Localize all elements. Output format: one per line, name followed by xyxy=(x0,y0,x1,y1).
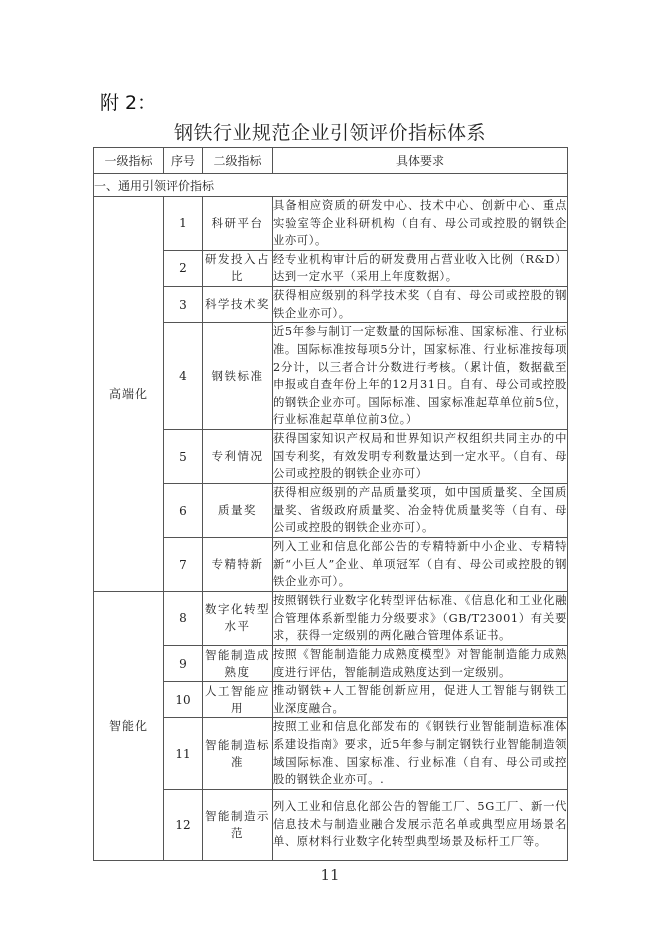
requirement-text: 近5年参与制订一定数量的国际标准、国家标准、行业标准。国际标准按每项5分计，国家… xyxy=(273,323,568,430)
level2-indicator: 钢铁标准 xyxy=(203,323,273,430)
table-row: 2 研发投入占比 经专业机构审计后的研发费用占营业收入比例（R&D）达到一定水平… xyxy=(94,250,568,286)
page-number: 11 xyxy=(0,866,660,884)
row-number: 7 xyxy=(164,538,203,592)
level1-high-end: 高端化 xyxy=(94,197,164,592)
table-row: 11 智能制造标准 按照工业和信息化部发布的《钢铁行业智能制造标准体系建设指南》… xyxy=(94,718,568,789)
table-row: 12 智能制造示范 列入工业和信息化部公告的智能工厂、5G工厂、新一代信息技术与… xyxy=(94,789,568,860)
level2-indicator: 专利情况 xyxy=(203,430,273,484)
header-number: 序号 xyxy=(164,148,203,174)
requirement-text: 按照工业和信息化部发布的《钢铁行业智能制造标准体系建设指南》要求，近5年参与制定… xyxy=(273,718,568,789)
row-number: 3 xyxy=(164,286,203,322)
document-title: 钢铁行业规范企业引领评价指标体系 xyxy=(0,118,660,145)
requirement-text: 获得相应级别的产品质量奖项，如中国质量奖、全国质量奖、省级政府质量奖、冶金特优质… xyxy=(273,484,568,538)
header-level1: 一级指标 xyxy=(94,148,164,174)
level2-indicator: 智能制造标准 xyxy=(203,718,273,789)
row-number: 6 xyxy=(164,484,203,538)
level2-indicator: 专精特新 xyxy=(203,538,273,592)
row-number: 8 xyxy=(164,591,203,645)
level2-indicator: 智能制造示范 xyxy=(203,789,273,860)
requirement-text: 获得国家知识产权局和世界知识产权组织共同主办的中国专利奖，有效发明专利数量达到一… xyxy=(273,430,568,484)
section-title: 一、通用引领评价指标 xyxy=(94,174,568,197)
table-row: 4 钢铁标准 近5年参与制订一定数量的国际标准、国家标准、行业标准。国际标准按每… xyxy=(94,323,568,430)
level2-indicator: 科研平台 xyxy=(203,197,273,251)
requirement-text: 列入工业和信息化部公告的专精特新中小企业、专精特新“小巨人”企业、单项冠军（自有… xyxy=(273,538,568,592)
level2-indicator: 数字化转型水平 xyxy=(203,591,273,645)
header-level2: 二级指标 xyxy=(203,148,273,174)
requirement-text: 获得相应级别的科学技术奖（自有、母公司或控股的钢铁企业亦可）。 xyxy=(273,286,568,322)
requirement-text: 推动钢铁+人工智能创新应用，促进人工智能与钢铁工业深度融合。 xyxy=(273,682,568,718)
row-number: 11 xyxy=(164,718,203,789)
requirement-text: 按照钢铁行业数字化转型评估标准、《信息化和工业化融合管理体系新型能力分级要求》（… xyxy=(273,591,568,645)
indicator-table: 一级指标 序号 二级指标 具体要求 一、通用引领评价指标 高端化 1 科研平台 … xyxy=(93,147,568,861)
requirement-text: 具备相应资质的研发中心、技术中心、创新中心、重点实验室等企业科研机构（自有、母公… xyxy=(273,197,568,251)
level2-indicator: 智能制造成熟度 xyxy=(203,645,273,681)
level2-indicator: 质量奖 xyxy=(203,484,273,538)
requirement-text: 列入工业和信息化部公告的智能工厂、5G工厂、新一代信息技术与制造业融合发展示范名… xyxy=(273,789,568,860)
table-header-row: 一级指标 序号 二级指标 具体要求 xyxy=(94,148,568,174)
table-row: 3 科学技术奖 获得相应级别的科学技术奖（自有、母公司或控股的钢铁企业亦可）。 xyxy=(94,286,568,322)
row-number: 2 xyxy=(164,250,203,286)
row-number: 1 xyxy=(164,197,203,251)
section-row: 一、通用引领评价指标 xyxy=(94,174,568,197)
table-row: 5 专利情况 获得国家知识产权局和世界知识产权组织共同主办的中国专利奖，有效发明… xyxy=(94,430,568,484)
level2-indicator: 研发投入占比 xyxy=(203,250,273,286)
row-number: 9 xyxy=(164,645,203,681)
table-row: 高端化 1 科研平台 具备相应资质的研发中心、技术中心、创新中心、重点实验室等企… xyxy=(94,197,568,251)
header-requirement: 具体要求 xyxy=(273,148,568,174)
row-number: 5 xyxy=(164,430,203,484)
row-number: 10 xyxy=(164,682,203,718)
table-row: 9 智能制造成熟度 按照《智能制造能力成熟度模型》对智能制造能力成熟度进行评估，… xyxy=(94,645,568,681)
row-number: 12 xyxy=(164,789,203,860)
table-row: 6 质量奖 获得相应级别的产品质量奖项，如中国质量奖、全国质量奖、省级政府质量奖… xyxy=(94,484,568,538)
requirement-text: 按照《智能制造能力成熟度模型》对智能制造能力成熟度进行评估，智能制造成熟度达到一… xyxy=(273,645,568,681)
annex-label: 附 2： xyxy=(100,88,156,115)
level2-indicator: 人工智能应用 xyxy=(203,682,273,718)
level2-indicator: 科学技术奖 xyxy=(203,286,273,322)
table-row: 7 专精特新 列入工业和信息化部公告的专精特新中小企业、专精特新“小巨人”企业、… xyxy=(94,538,568,592)
row-number: 4 xyxy=(164,323,203,430)
level1-intelligent: 智能化 xyxy=(94,591,164,860)
requirement-text: 经专业机构审计后的研发费用占营业收入比例（R&D）达到一定水平（采用上年度数据）… xyxy=(273,250,568,286)
table-row: 智能化 8 数字化转型水平 按照钢铁行业数字化转型评估标准、《信息化和工业化融合… xyxy=(94,591,568,645)
table-row: 10 人工智能应用 推动钢铁+人工智能创新应用，促进人工智能与钢铁工业深度融合。 xyxy=(94,682,568,718)
